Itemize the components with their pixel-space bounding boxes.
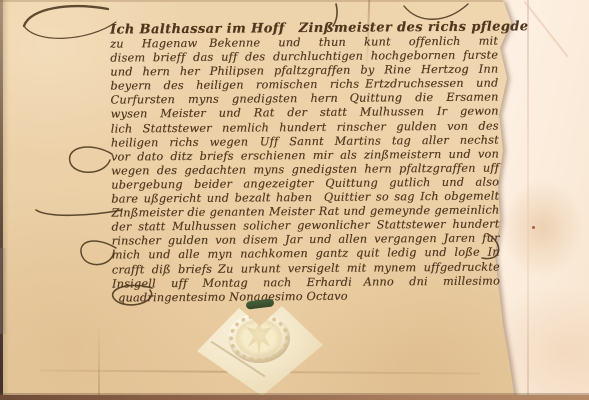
- seal-paper-diamond: [194, 296, 326, 398]
- paper-top-edge: [0, 0, 505, 2]
- manuscript-text-block: Ich Balthassar im Hoff Zinßmeister des r…: [110, 19, 500, 305]
- green-wax-sliver: [246, 298, 275, 309]
- paper-left-edge-wedge: [0, 248, 7, 334]
- manuscript-photo: Ich Balthassar im Hoff Zinßmeister des r…: [0, 0, 589, 400]
- embossed-seal-circle: [228, 313, 290, 363]
- table-edge: [0, 395, 589, 400]
- seal-group: [194, 296, 326, 398]
- fold-crease-vertical-bottom: [98, 324, 100, 400]
- paper-left-edge-shadow: [0, 0, 3, 400]
